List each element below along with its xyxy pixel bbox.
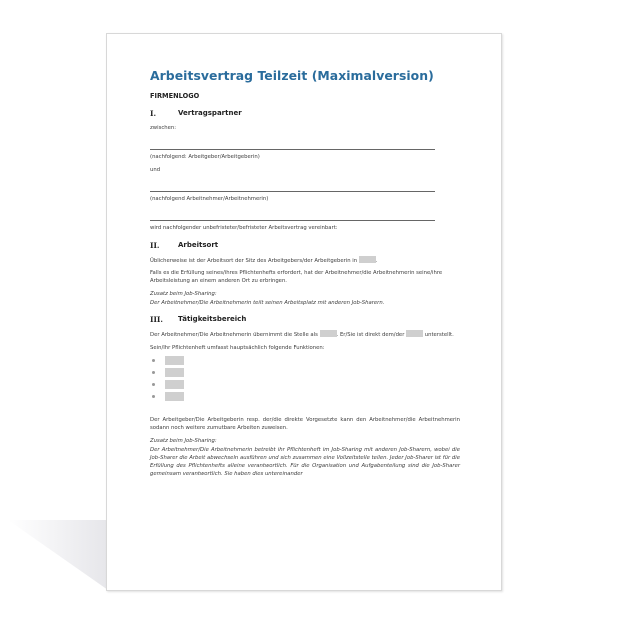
section-title: Tätigkeitsbereich <box>178 315 246 324</box>
functions-list <box>150 354 460 402</box>
agreement-text: wird nachfolgender unbefristeter/befrist… <box>150 224 460 232</box>
employer-signature-line[interactable] <box>150 137 435 150</box>
list-item <box>150 378 460 390</box>
document-page: Arbeitsvertrag Teilzeit (Maximalversion)… <box>106 33 502 591</box>
function-field-3[interactable] <box>165 380 184 389</box>
section-heading-1: I. Vertragspartner <box>150 109 460 118</box>
contract-type-line[interactable] <box>150 208 435 221</box>
bullet-icon <box>152 359 155 362</box>
list-item <box>150 366 460 378</box>
between-label: zwischen: <box>150 124 460 132</box>
other-location-paragraph: Falls es die Erfüllung seines/ihres Pfli… <box>150 269 460 285</box>
bullet-icon <box>152 371 155 374</box>
company-logo-placeholder: FIRMENLOGO <box>150 92 460 100</box>
list-item <box>150 354 460 366</box>
jobsharing-text: Der Arbeitnehmer/Die Arbeitnehmerin betr… <box>150 446 460 478</box>
workplace-city-field[interactable] <box>359 256 376 263</box>
section-heading-3: III. Tätigkeitsbereich <box>150 315 460 324</box>
function-field-4[interactable] <box>165 392 184 401</box>
additional-tasks-paragraph: Der Arbeitgeber/Die Arbeitgeberin resp. … <box>150 416 460 432</box>
section-heading-2: II. Arbeitsort <box>150 241 460 250</box>
employee-note: (nachfolgend Arbeitnehmer/Arbeitnehmerin… <box>150 195 460 203</box>
employee-signature-line[interactable] <box>150 179 435 192</box>
jobsharing-label: Zusatz beim Job-Sharing: <box>150 290 460 298</box>
section-number: II. <box>150 241 178 250</box>
workplace-paragraph: Üblicherweise ist der Arbeitsort der Sit… <box>150 256 460 265</box>
bullet-icon <box>152 383 155 386</box>
supervisor-field[interactable] <box>406 330 423 337</box>
bullet-icon <box>152 395 155 398</box>
document-content: Arbeitsvertrag Teilzeit (Maximalversion)… <box>150 68 460 483</box>
section-title: Vertragspartner <box>178 109 242 118</box>
jobsharing-label: Zusatz beim Job-Sharing: <box>150 437 460 445</box>
function-field-2[interactable] <box>165 368 184 377</box>
page-shadow <box>8 520 108 590</box>
employer-note: (nachfolgend: Arbeitgeber/Arbeitgeberin) <box>150 153 460 161</box>
functions-intro: Sein/Ihr Pflichtenheft umfasst hauptsäch… <box>150 344 460 352</box>
document-title: Arbeitsvertrag Teilzeit (Maximalversion) <box>150 68 460 83</box>
section-number: III. <box>150 315 178 324</box>
section-number: I. <box>150 109 178 118</box>
position-paragraph: Der Arbeitnehmer/Die Arbeitnehmerin über… <box>150 330 460 339</box>
list-item <box>150 390 460 402</box>
jobsharing-text: Der Arbeitnehmer/Die Arbeitnehmerin teil… <box>150 299 460 307</box>
and-label: und <box>150 166 460 174</box>
section-title: Arbeitsort <box>178 241 218 250</box>
function-field-1[interactable] <box>165 356 184 365</box>
position-title-field[interactable] <box>320 330 337 337</box>
